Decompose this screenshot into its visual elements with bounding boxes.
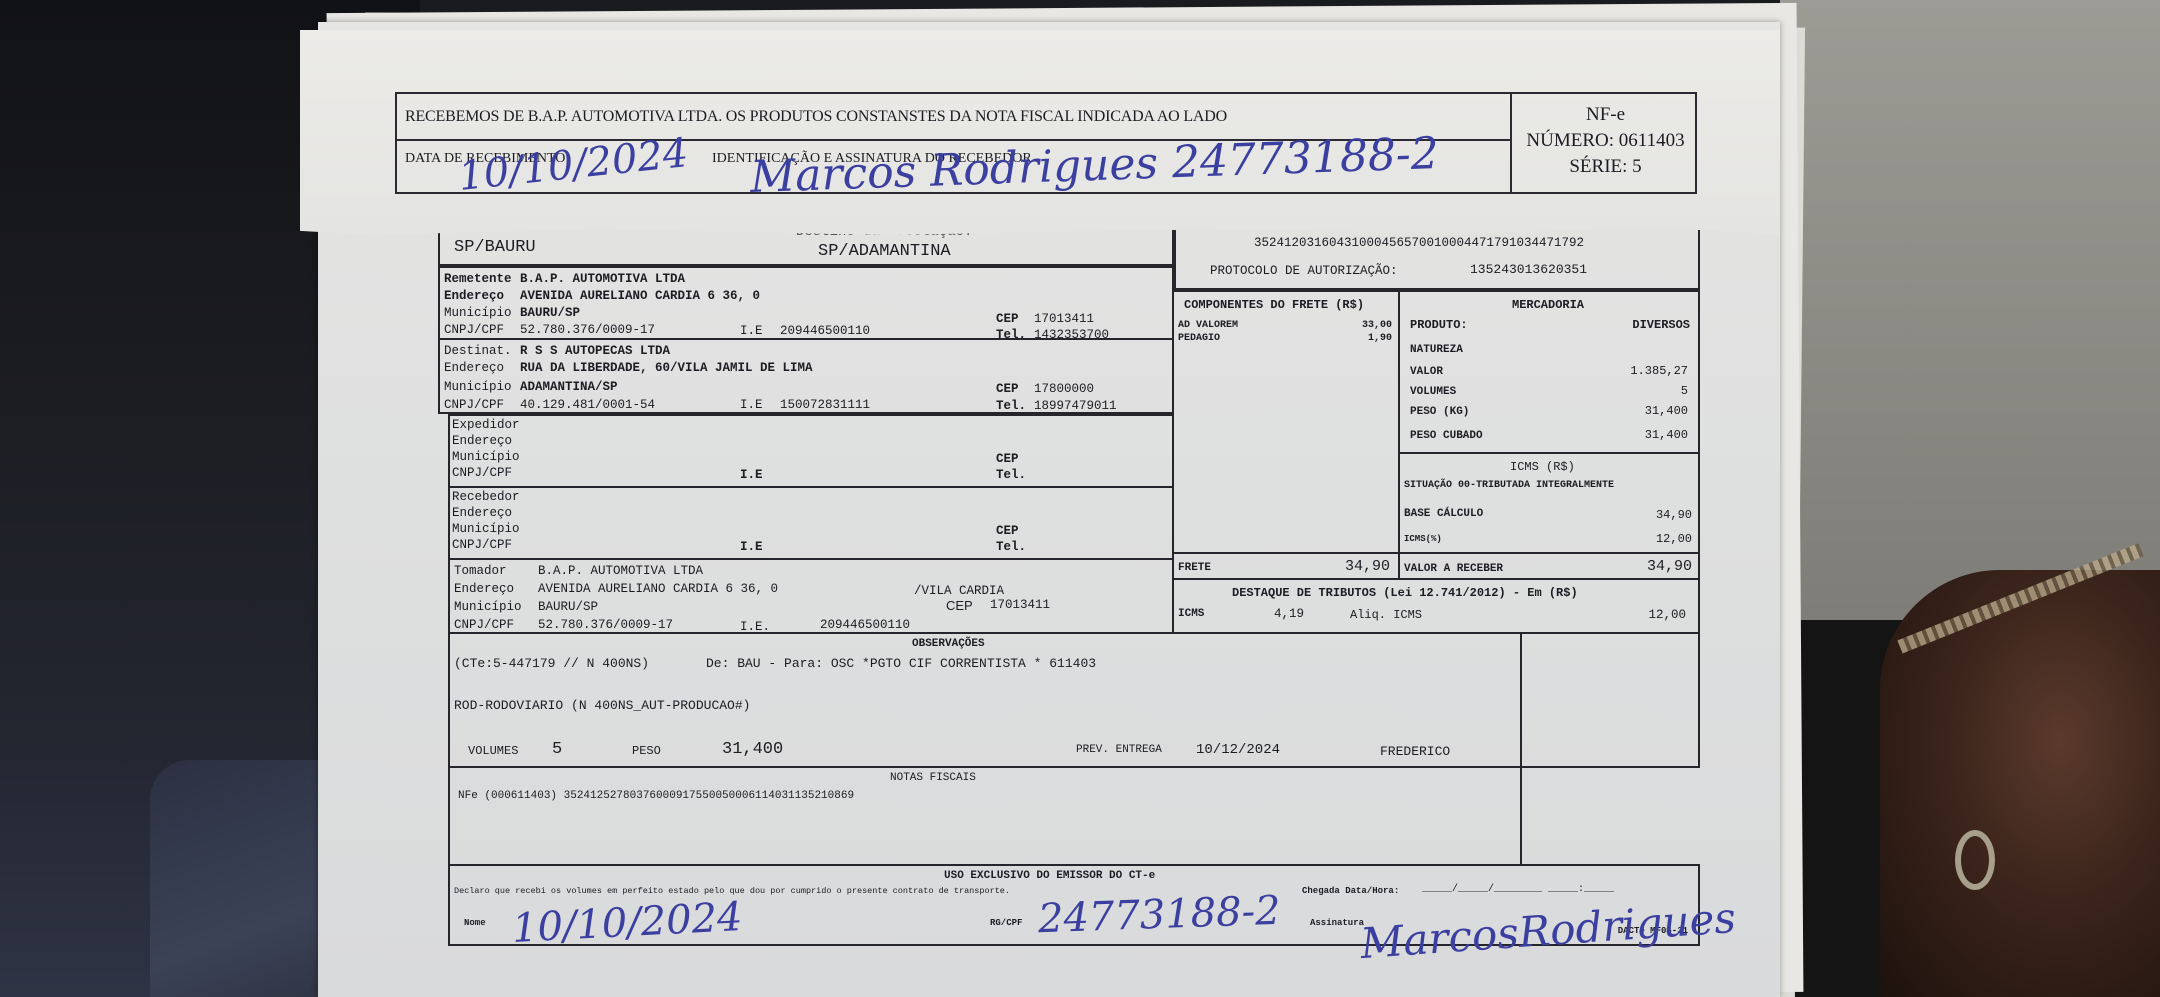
remetente-municipio-label: Município bbox=[444, 306, 512, 320]
notas-fiscais-box: NOTAS FISCAIS NFe (000611403) 3524125278… bbox=[448, 766, 1522, 866]
tomador-box: Tomador B.A.P. AUTOMOTIVA LTDA Endereço … bbox=[448, 558, 1174, 634]
observacoes-rota: De: BAU - Para: OSC *PGTO CIF CORRENTIST… bbox=[706, 656, 1096, 671]
destinatario-endereco-label: Endereço bbox=[444, 361, 504, 375]
destinatario-cnpj: 40.129.481/0001-54 bbox=[520, 398, 655, 412]
destinatario-box: Destinat. R S S AUTOPECAS LTDA Endereço … bbox=[438, 338, 1174, 414]
destino: SP/ADAMANTINA bbox=[818, 242, 951, 261]
componente-value: 33,00 bbox=[1362, 320, 1392, 331]
observacoes-title: OBSERVAÇÕES bbox=[912, 638, 985, 650]
chegada-label: Chegada Data/Hora: bbox=[1302, 886, 1399, 896]
tributos-icms-label: ICMS bbox=[1178, 608, 1204, 620]
tributos-aliq-label: Aliq. ICMS bbox=[1350, 608, 1422, 622]
tomador-municipio: BAURU/SP bbox=[538, 600, 598, 614]
remetente-cep: 17013411 bbox=[1034, 312, 1094, 326]
background-paper-right bbox=[1780, 0, 2160, 640]
icms-aliq-value: 12,00 bbox=[1656, 532, 1692, 546]
expedidor-cep-label: CEP bbox=[996, 452, 1019, 466]
notas-title: NOTAS FISCAIS bbox=[890, 772, 976, 784]
destinatario-ie-label: I.E bbox=[740, 398, 763, 412]
nome-label: Nome bbox=[464, 918, 486, 928]
expedidor-ie-label: I.E bbox=[740, 468, 763, 482]
icms-base-label: BASE CÁLCULO bbox=[1404, 508, 1483, 520]
nota-fiscal-line: NFe (000611403) 352412527803760009175500… bbox=[458, 790, 854, 802]
origem: SP/BAURU bbox=[454, 238, 536, 257]
tomador-label: Tomador bbox=[454, 564, 507, 578]
remetente-endereco-label: Endereço bbox=[444, 289, 504, 303]
destinatario-cep-label: CEP bbox=[996, 382, 1019, 396]
frete-total-box: FRETE 34,90 bbox=[1172, 552, 1400, 580]
mercadoria-label: PESO CUBADO bbox=[1410, 430, 1483, 442]
destinatario-municipio: ADAMANTINA/SP bbox=[520, 380, 618, 394]
destinatario-endereco: RUA DA LIBERDADE, 60/VILA JAMIL DE LIMA bbox=[520, 361, 813, 375]
bag-ring bbox=[1955, 830, 1995, 890]
mercadoria-value: 1.385,27 bbox=[1630, 364, 1688, 378]
destinatario-label: Destinat. bbox=[444, 344, 512, 358]
volumes-label: VOLUMES bbox=[468, 744, 518, 758]
chegada-field: _____/_____/________ _____:_____ bbox=[1422, 884, 1614, 895]
mercadoria-label: NATUREZA bbox=[1410, 344, 1463, 356]
valor-receber-box: VALOR A RECEBER 34,90 bbox=[1398, 552, 1700, 580]
tomador-bairro: /VILA CARDIA bbox=[914, 584, 1004, 598]
route-box: SP/BAURU Destino da Prestação: SP/ADAMAN… bbox=[438, 230, 1174, 266]
destinatario-tel: 18997479011 bbox=[1034, 399, 1117, 413]
componentes-title: COMPONENTES DO FRETE (R$) bbox=[1184, 298, 1364, 312]
mercadoria-value: 5 bbox=[1681, 384, 1688, 398]
observacoes-divider bbox=[1520, 632, 1522, 866]
expedidor-endereco-label: Endereço bbox=[452, 434, 512, 448]
destinatario-cep: 17800000 bbox=[1034, 382, 1094, 396]
remetente-label: Remetente bbox=[444, 272, 512, 286]
tomador-municipio-label: Município bbox=[454, 600, 522, 614]
observacoes-cte: (CTe:5-447179 // N 400NS) bbox=[454, 656, 649, 671]
tomador-cep: 17013411 bbox=[990, 598, 1050, 612]
destinatario-tel-label: Tel. bbox=[996, 399, 1026, 413]
remetente-municipio: BAURU/SP bbox=[520, 306, 580, 320]
observacoes-modal: ROD-RODOVIARIO (N 400NS_AUT-PRODUCAO#) bbox=[454, 698, 750, 713]
tributos-box: DESTAQUE DE TRIBUTOS (Lei 12.741/2012) -… bbox=[1172, 578, 1700, 634]
expedidor-municipio-label: Município bbox=[452, 450, 520, 464]
remetente-cnpj: 52.780.376/0009-17 bbox=[520, 323, 655, 337]
mercadoria-value: 31,400 bbox=[1645, 404, 1688, 418]
remetente-box: Remetente B.A.P. AUTOMOTIVA LTDA Endereç… bbox=[438, 266, 1174, 340]
remetente-cep-label: CEP bbox=[996, 312, 1019, 326]
frete-value: 34,90 bbox=[1345, 558, 1390, 575]
mercadoria-box: MERCADORIA PRODUTO: DIVERSOS NATUREZA VA… bbox=[1398, 290, 1700, 454]
mercadoria-label: PESO (KG) bbox=[1410, 406, 1469, 418]
icms-title: ICMS (R$) bbox=[1510, 460, 1575, 474]
icms-situacao: SITUAÇÃO 00-TRIBUTADA INTEGRALMENTE bbox=[1404, 480, 1614, 491]
valor-receber-label: VALOR A RECEBER bbox=[1404, 563, 1503, 575]
icms-box: ICMS (R$) SITUAÇÃO 00-TRIBUTADA INTEGRAL… bbox=[1398, 452, 1700, 554]
remetente-cnpj-label: CNPJ/CPF bbox=[444, 323, 504, 337]
recebedor-label: Recebedor bbox=[452, 490, 520, 504]
remetente-endereco: AVENIDA AURELIANO CARDIA 6 36, 0 bbox=[520, 289, 760, 303]
expedidor-box: Expedidor Endereço Município CNPJ/CPF I.… bbox=[448, 414, 1174, 488]
mercadoria-title: MERCADORIA bbox=[1512, 298, 1584, 312]
remetente-ie: 209446500110 bbox=[780, 324, 870, 338]
peso-label: PESO bbox=[632, 744, 661, 758]
recebedor-endereco-label: Endereço bbox=[452, 506, 512, 520]
icms-base-value: 34,90 bbox=[1656, 508, 1692, 522]
mercadoria-label: VALOR bbox=[1410, 366, 1443, 378]
nfe-serie: SÉRIE: 5 bbox=[1514, 154, 1697, 180]
tomador-endereco: AVENIDA AURELIANO CARDIA 6 36, 0 bbox=[538, 582, 778, 596]
valor-receber-value: 34,90 bbox=[1647, 558, 1692, 575]
expedidor-label: Expedidor bbox=[452, 418, 520, 432]
recebedor-ie-label: I.E bbox=[740, 540, 763, 554]
nfe-title: NF-e bbox=[1514, 102, 1697, 128]
authorization-box: 3524120316043100045657001000447179103447… bbox=[1174, 230, 1700, 290]
peso-value: 31,400 bbox=[722, 740, 783, 759]
recebedor-municipio-label: Município bbox=[452, 522, 520, 536]
recebedor-cnpj-label: CNPJ/CPF bbox=[452, 538, 512, 552]
tomador-ie: 209446500110 bbox=[820, 618, 910, 632]
tributos-aliq-value: 12,00 bbox=[1648, 608, 1686, 622]
destinatario-municipio-label: Município bbox=[444, 380, 512, 394]
chave-acesso: 3524120316043100045657001000447179103447… bbox=[1254, 236, 1584, 250]
nfe-numero: NÚMERO: 0611403 bbox=[1514, 128, 1697, 154]
recebedor-cep-label: CEP bbox=[996, 524, 1019, 538]
recebedor-tel-label: Tel. bbox=[996, 540, 1026, 554]
tomador-endereco-label: Endereço bbox=[454, 582, 514, 596]
prev-entrega-label: PREV. ENTREGA bbox=[1076, 744, 1162, 756]
uso-exclusivo-title: USO EXCLUSIVO DO EMISSOR DO CT-e bbox=[944, 870, 1155, 882]
componentes-frete-box: COMPONENTES DO FRETE (R$) AD VALOREM 33,… bbox=[1172, 290, 1400, 554]
componente-value: 1,90 bbox=[1368, 333, 1392, 344]
tomador-cnpj-label: CNPJ/CPF bbox=[454, 618, 514, 632]
recebedor-box: Recebedor Endereço Município CNPJ/CPF I.… bbox=[448, 486, 1174, 560]
dacte-body: SP/BAURU Destino da Prestação: SP/ADAMAN… bbox=[438, 230, 1700, 945]
volumes-value: 5 bbox=[552, 740, 562, 759]
remetente-name: B.A.P. AUTOMOTIVA LTDA bbox=[520, 272, 685, 286]
remetente-ie-label: I.E bbox=[740, 324, 763, 338]
expedidor-cnpj-label: CNPJ/CPF bbox=[452, 466, 512, 480]
mercadoria-value: DIVERSOS bbox=[1632, 318, 1690, 332]
expedidor-tel-label: Tel. bbox=[996, 468, 1026, 482]
icms-aliq-label: ICMS(%) bbox=[1404, 534, 1442, 544]
prev-entrega-value: 10/12/2024 bbox=[1196, 742, 1280, 758]
assinatura-label: Assinatura bbox=[1310, 918, 1364, 928]
mercadoria-value: 31,400 bbox=[1645, 428, 1688, 442]
protocolo-label: PROTOCOLO DE AUTORIZAÇÃO: bbox=[1210, 264, 1398, 278]
tributos-title: DESTAQUE DE TRIBUTOS (Lei 12.741/2012) -… bbox=[1232, 586, 1578, 600]
tomador-cnpj: 52.780.376/0009-17 bbox=[538, 618, 673, 632]
protocolo: 135243013620351 bbox=[1470, 262, 1587, 277]
observacoes-box: OBSERVAÇÕES (CTe:5-447179 // N 400NS) De… bbox=[448, 632, 1700, 768]
motorista: FREDERICO bbox=[1380, 744, 1450, 759]
frete-label: FRETE bbox=[1178, 562, 1211, 574]
nfe-box: NF-e NÚMERO: 0611403 SÉRIE: 5 bbox=[1514, 94, 1697, 194]
componente-label: PEDAGIO bbox=[1178, 333, 1220, 344]
componente-label: AD VALOREM bbox=[1178, 320, 1238, 331]
destinatario-name: R S S AUTOPECAS LTDA bbox=[520, 344, 670, 358]
destinatario-ie: 150072831111 bbox=[780, 398, 870, 412]
tomador-name: B.A.P. AUTOMOTIVA LTDA bbox=[538, 564, 703, 578]
mercadoria-label: VOLUMES bbox=[1410, 386, 1456, 398]
destinatario-cnpj-label: CNPJ/CPF bbox=[444, 398, 504, 412]
mercadoria-label: PRODUTO: bbox=[1410, 318, 1468, 332]
tributos-icms-value: 4,19 bbox=[1274, 607, 1304, 621]
tomador-cep-label: CEP bbox=[946, 598, 973, 613]
handwritten-rg: 24773188-2 bbox=[1037, 888, 1281, 942]
rg-cpf-label: RG/CPF bbox=[990, 918, 1022, 928]
